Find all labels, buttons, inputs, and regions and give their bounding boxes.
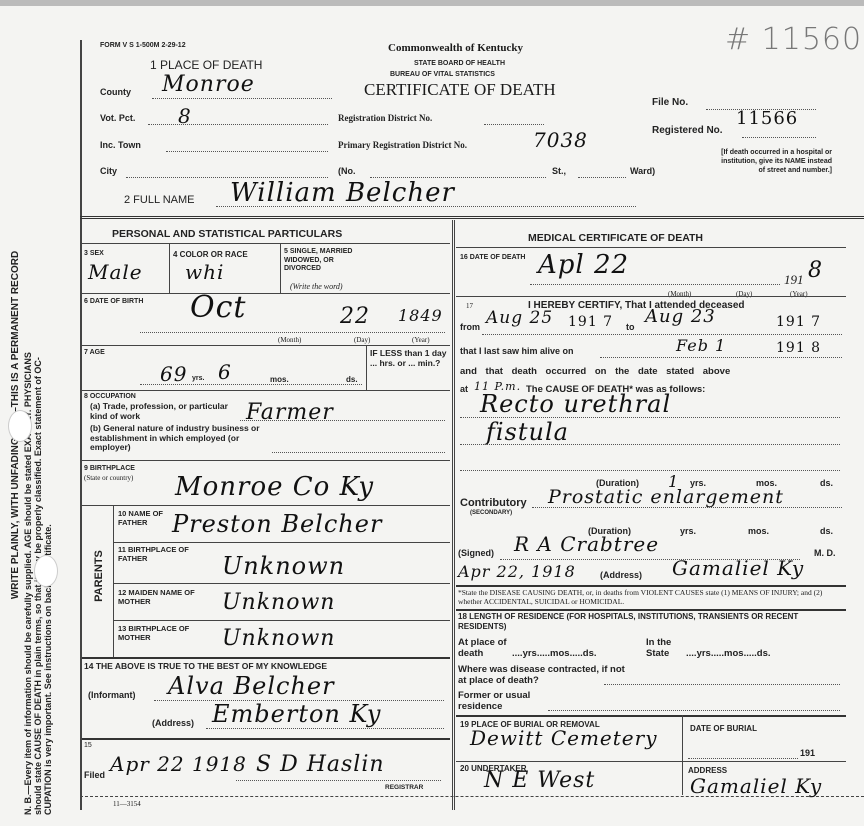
last-saw-label: that I last saw him alive on <box>460 346 574 356</box>
age-ds-label: ds. <box>346 375 358 384</box>
parents-divider <box>113 505 114 657</box>
residence-state-units: ....yrs.....mos.....ds. <box>686 648 771 659</box>
full-name-value[interactable]: William Belcher <box>230 178 455 208</box>
father-birthplace-label: 11 BIRTHPLACE OF FATHER <box>118 546 198 563</box>
occupation-b: (b) General nature of industry business … <box>90 424 270 453</box>
occupation-label: 8 OCCUPATION <box>84 393 136 400</box>
registered-no-label: Registered No. <box>652 125 723 136</box>
attended-from-year[interactable]: 191 7 <box>568 314 613 330</box>
occupation-line-a <box>240 420 445 421</box>
birthplace-value[interactable]: Monroe Co Ky <box>175 472 374 502</box>
form-left-border <box>80 40 82 810</box>
in-the-state-label: In the State <box>646 637 686 659</box>
signed-date[interactable]: Apr 22, 1918 <box>458 562 576 581</box>
hospital-note: [If death occurred in a hospital or inst… <box>720 148 832 175</box>
age-divider <box>366 345 367 390</box>
informant-address-value[interactable]: Emberton Ky <box>212 700 381 728</box>
physician-address-label: (Address) <box>600 570 642 580</box>
filed-date[interactable]: Apr 22 1918 <box>110 752 247 776</box>
attended-line <box>482 334 842 335</box>
father-label: 10 NAME OF FATHER <box>118 510 178 527</box>
disease-contracted-label: Where was disease contracted, if not at … <box>458 664 628 686</box>
medical-section-title: MEDICAL CERTIFICATE OF DEATH <box>528 232 703 244</box>
medical-title-rule <box>456 247 846 248</box>
informant-address-line <box>206 728 444 729</box>
dob-year[interactable]: 1849 <box>398 306 443 325</box>
attended-to-value[interactable]: Aug 23 <box>645 306 716 327</box>
row-rule-5 <box>82 505 450 506</box>
marital-label: 5 SINGLE, MARRIED WIDOWED, OR DIVORCED <box>284 248 364 274</box>
burial-value[interactable]: Dewitt Cemetery <box>470 726 658 750</box>
residence-place-units: ....yrs.....mos.....ds. <box>512 648 597 659</box>
residence-state-mos: mos. <box>724 648 746 659</box>
certify-number: 17 <box>466 302 473 310</box>
informant-bottom-rule <box>82 738 450 740</box>
handwritten-file-number: # 11560 <box>725 22 862 57</box>
dob-day-caption: (Day) <box>354 336 370 344</box>
burial-year: 191 <box>800 748 815 758</box>
occupation-a: (a) Trade, profession, or particular kin… <box>90 402 230 421</box>
personal-title-rule <box>82 243 450 244</box>
contributory-line <box>532 507 842 508</box>
former-residence-label: Former or usual residence <box>458 690 558 712</box>
burial-divider <box>682 715 683 795</box>
parents-rule-1 <box>113 542 450 543</box>
mother-birthplace-value[interactable]: Unknown <box>222 626 335 651</box>
birthplace-label: 9 BIRTHPLACE <box>84 465 135 472</box>
county-line <box>152 98 332 99</box>
residence-state-ds: ds. <box>757 648 771 659</box>
registrar-label: REGISTRAR <box>385 784 423 791</box>
physician-signature[interactable]: R A Crabtree <box>514 532 659 556</box>
residence-state-yrs: yrs. <box>697 648 714 659</box>
filing-number: 15 <box>84 742 92 749</box>
if-less-than: IF LESS than 1 day ... hrs. or ... min.? <box>370 348 450 368</box>
filed-label: Filed <box>84 770 105 780</box>
county-label: County <box>100 87 131 97</box>
burial-date-label: DATE OF BURIAL <box>690 724 757 733</box>
color-divider <box>280 243 281 293</box>
residence-bottom-rule <box>456 715 846 717</box>
dob-year-caption: (Year) <box>412 336 430 344</box>
former-residence-line <box>548 710 840 711</box>
vot-pct-label: Vot. Pct. <box>100 113 135 123</box>
cause-footnote: *State the DISEASE CAUSING DEATH, or, in… <box>458 588 848 606</box>
dob-day[interactable]: 22 <box>340 304 370 329</box>
sex-label: 3 SEX <box>84 250 104 257</box>
signed-bottom-rule <box>456 585 846 587</box>
sex-value[interactable]: Male <box>88 260 143 284</box>
burial-date-line <box>688 758 798 759</box>
informant-value[interactable]: Alva Belcher <box>168 672 335 700</box>
last-saw-year[interactable]: 191 8 <box>776 340 821 356</box>
color-label: 4 COLOR OR RACE <box>173 250 248 259</box>
parents-rule-3 <box>113 620 450 621</box>
form-id: FORM V S 1-500M 2-29-12 <box>100 42 186 49</box>
dob-month[interactable]: Oct <box>190 290 246 325</box>
last-saw-line <box>600 357 842 358</box>
signed-label: (Signed) <box>458 548 494 558</box>
father-birthplace-value[interactable]: Unknown <box>222 552 345 580</box>
primary-registration-value[interactable]: 7038 <box>533 128 588 152</box>
mother-birthplace-label: 13 BIRTHPLACE OF MOTHER <box>118 625 198 642</box>
dod-year-prefix: 191 <box>784 272 804 288</box>
side-text-line3: should state CAUSE OF DEATH in plain ter… <box>33 35 43 815</box>
center-divider <box>452 220 455 810</box>
cause-dots-2 <box>460 444 840 445</box>
certificate-title: CERTIFICATE OF DEATH <box>364 80 556 100</box>
duration-ds-2: ds. <box>820 526 833 536</box>
duration-yrs-2: yrs. <box>680 526 696 536</box>
age-years[interactable]: 69 <box>160 362 187 386</box>
death-at-label: at <box>460 384 468 394</box>
contributory-label: Contributory <box>460 497 527 509</box>
county-value[interactable]: Monroe <box>162 72 255 97</box>
registrar-line <box>236 780 441 781</box>
file-no-label: File No. <box>652 97 688 108</box>
attended-from-value[interactable]: Aug 25 <box>486 308 553 328</box>
occupation-value[interactable]: Farmer <box>246 400 334 425</box>
marital-note: (Write the word) <box>290 282 343 291</box>
registration-district-line <box>484 124 544 125</box>
father-value[interactable]: Preston Belcher <box>172 510 382 538</box>
sex-divider <box>169 243 170 293</box>
age-mos-label: mos. <box>270 375 289 384</box>
dob-label: 6 DATE OF BIRTH <box>84 298 143 305</box>
contributory-value[interactable]: Prostatic enlargement <box>548 486 784 508</box>
full-name-label: 2 FULL NAME <box>124 194 195 206</box>
inc-town-line <box>166 151 328 152</box>
punch-hole-bottom <box>34 555 58 587</box>
attended-to-year[interactable]: 191 7 <box>776 314 821 330</box>
ward-label: Ward) <box>630 166 655 176</box>
inc-town-label: Inc. Town <box>100 140 141 150</box>
row-rule-4 <box>82 460 450 461</box>
registered-no-value[interactable]: 11566 <box>736 108 798 129</box>
cause-dots-3 <box>460 470 840 471</box>
residence-place-mos: mos. <box>550 648 572 659</box>
death-occurred-line: and that death occurred on the date stat… <box>460 366 730 377</box>
place-of-death-label: 1 PLACE OF DEATH <box>150 58 262 72</box>
row-rule-2 <box>82 345 450 346</box>
age-yrs-label: yrs. <box>192 375 204 382</box>
physician-address-value[interactable]: Gamaliel Ky <box>672 556 804 580</box>
row-rule-3 <box>82 390 450 391</box>
street-label: St., <box>552 166 566 176</box>
burial-bottom-rule <box>456 761 846 762</box>
dob-month-caption: (Month) <box>278 336 301 344</box>
footer-code: 11—3154 <box>113 800 141 808</box>
city-label: City <box>100 166 117 176</box>
row-rule-1 <box>82 293 450 294</box>
board-title: STATE BOARD OF HEALTH <box>414 60 505 67</box>
mother-label: 12 MAIDEN NAME OF MOTHER <box>118 589 218 606</box>
residence-label: 18 LENGTH OF RESIDENCE (FOR HOSPITALS, I… <box>458 612 838 631</box>
disease-contracted-line <box>604 684 840 685</box>
punch-hole-top <box>8 410 32 442</box>
vot-pct-value[interactable]: 8 <box>178 104 192 128</box>
occupation-line-b <box>272 452 445 453</box>
parents-rule-2 <box>113 583 450 584</box>
dob-line <box>140 332 445 333</box>
header-divider <box>80 216 864 219</box>
personal-section-title: PERSONAL AND STATISTICAL PARTICULARS <box>112 228 342 240</box>
informant-address-label: (Address) <box>152 718 194 728</box>
at-place-of-death-label: At place of death <box>458 637 518 659</box>
cause-line-1[interactable]: Recto urethral <box>480 390 671 418</box>
mother-value[interactable]: Unknown <box>222 590 335 615</box>
residence-place-ds: ds. <box>583 648 597 659</box>
last-saw-value[interactable]: Feb 1 <box>676 336 726 355</box>
commonwealth-title: Commonwealth of Kentucky <box>388 42 523 54</box>
undertaker-value[interactable]: N E West <box>484 768 595 793</box>
age-months[interactable]: 6 <box>218 360 232 384</box>
secondary-label: (SECONDARY) <box>470 510 512 516</box>
ward-line <box>578 177 626 178</box>
age-label: 7 AGE <box>84 349 105 356</box>
informant-statement: 14 THE ABOVE IS TRUE TO THE BEST OF MY K… <box>84 661 327 671</box>
vot-pct-line <box>148 124 328 125</box>
registered-no-line <box>742 137 816 138</box>
top-edge-shadow <box>0 0 864 6</box>
age-line <box>140 384 362 385</box>
parents-bottom-rule <box>82 657 450 659</box>
side-text-line4: CUPATION is very important. See instruct… <box>43 35 53 815</box>
md-label: M. D. <box>814 548 836 558</box>
dod-bottom-rule <box>456 296 846 297</box>
birthplace-sub: (State or country) <box>84 474 133 482</box>
bureau-title: BUREAU OF VITAL STATISTICS <box>390 71 495 78</box>
residence-place-yrs: yrs. <box>523 648 540 659</box>
footnote-bottom-rule <box>456 609 846 611</box>
registrar-signature[interactable]: S D Haslin <box>256 752 385 777</box>
attended-to-label: to <box>626 322 635 332</box>
informant-label: (Informant) <box>88 690 136 700</box>
duration-mos-2: mos. <box>748 526 769 536</box>
undertaker-address-value[interactable]: Gamaliel Ky <box>690 774 822 798</box>
attended-from-label: from <box>460 322 480 332</box>
parents-label: PARENTS <box>93 550 105 602</box>
color-value[interactable]: whi <box>185 260 224 284</box>
primary-registration-label: Primary Registration District No. <box>338 140 467 150</box>
dod-line <box>530 284 780 285</box>
duration-ds-1: ds. <box>820 478 833 488</box>
dod-value[interactable]: Apl 22 <box>538 250 629 280</box>
city-no-label: (No. <box>338 166 356 176</box>
dod-year-suffix[interactable]: 8 <box>808 258 823 283</box>
dod-label: 16 DATE OF DEATH <box>460 254 525 261</box>
registration-district-label: Registration District No. <box>338 113 432 123</box>
cause-line-2[interactable]: fistula <box>486 418 569 446</box>
